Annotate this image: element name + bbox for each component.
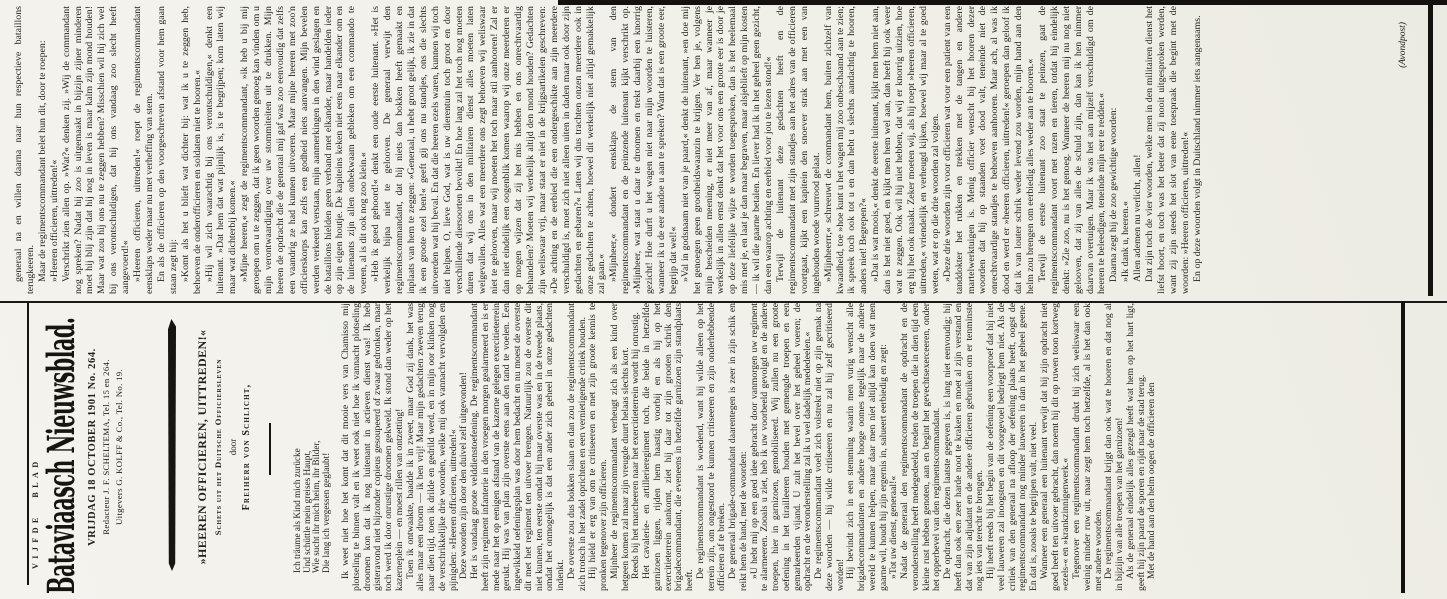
newspaper-scan: VIJFDE BLAD Bataviaasch Nieuwsblad. VRIJ… [0, 0, 1447, 599]
paragraph: Daarna zegt hij de zoo gewichtige woorde… [1108, 6, 1120, 294]
paragraph: De regimentscommandant krijgt dan ook wa… [1104, 303, 1126, 591]
article-subtitle: Schets uit het Duitsche Officiersleven [213, 303, 223, 591]
right-column-body: generaal na en willen daarna naar hun re… [13, 6, 1395, 294]
paragraph: Allen ademen nu verlicht, allen! [1132, 6, 1144, 294]
paragraph: generaal na en willen daarna naar hun re… [13, 6, 37, 294]
newspaper-page: VIJFDE BLAD Bataviaasch Nieuwsblad. VRIJ… [0, 0, 1447, 599]
editor-line: Redacteur J. F. SCHELTEMA, Tel. 15 en 26… [101, 303, 111, 591]
article-headline: »HEEREN OFFICIEREN, UITTREDEN!« [195, 303, 210, 591]
masthead-divider-rule [168, 319, 176, 571]
paragraph: Hij hield er erg van om te critiseeren e… [588, 303, 610, 591]
paragraph: Dat zijn toch de vier woorden, welke men… [1144, 6, 1192, 294]
paragraph: Het cavalerie- en artillerieregiment toc… [642, 303, 696, 591]
paragraph: Nadat de generaal den regimentscommandan… [900, 303, 943, 591]
page-bottom-edge-right [1428, 4, 1433, 296]
paragraph: »Komt als het u blieft wat dichter bij: … [180, 6, 204, 294]
paragraph: »Deze drie woorden zijn voor officieren … [942, 6, 1037, 294]
paragraph: Toen ik ontwaakte, baadde ik in zweet, m… [406, 303, 460, 591]
paragraph: Terwijl de luitenant deze gedachten heef… [775, 6, 823, 294]
paragraph: »U hebt mij op een goed idee gebracht do… [750, 303, 815, 591]
paragraph: Maar de regimentscommandant belet hun di… [37, 6, 49, 294]
epigraph-poem: Ich träume als Kind mich zurückeUnd schü… [293, 313, 332, 573]
page-right-edge-shadow [558, 0, 1447, 5]
publisher-line: Uitgevers G. KOLFF & Co., Tel. No. 19. [114, 303, 124, 591]
source-credit: (Avondpost) [1398, 22, 1408, 294]
paragraph: »Dat is wat moois,« denkt de eerste luit… [870, 6, 941, 294]
epigraph-line: Die lang ich vergessen geglaubt! [322, 313, 332, 573]
paragraph: »Hij wil zich waarachtig bij ons veronts… [204, 6, 240, 294]
paragraph: Tegenover een regimentscommandant drukt … [1072, 303, 1104, 591]
paragraph: De overste zou dus bokken slaan en dan z… [567, 303, 589, 591]
paragraph: Het is vandaag groote velddienstoefening… [470, 303, 567, 591]
paragraph: Hij bevindt zich in een stemming waarin … [846, 303, 889, 591]
paragraph: De generaal brigade-commandant daarenteg… [728, 303, 750, 591]
byline-rule [269, 423, 271, 475]
paragraph: »Val in godsnaam niet van je paard,« den… [680, 6, 775, 294]
paragraph: Mijnheer de regimentscommandant verheugt… [610, 303, 632, 591]
paragraph: De regimentscommandant voelt zich volstr… [814, 303, 846, 591]
paragraph: Wanneer een generaal een luitenant verwi… [1040, 303, 1072, 591]
paragraph: De opdracht, die dezen laatste gegeven i… [943, 303, 986, 591]
paragraph: »Heb ik goed gehoord!« denkt een oude ee… [370, 6, 608, 294]
paragraph: »Mijnheer,« dondert eensklaps de stem va… [608, 6, 679, 294]
paragraph: Ik weet niet hoe het komt dat dit mooie … [341, 303, 406, 591]
masthead-top-rule [27, 301, 29, 585]
paragraph: »Mijnheerrr,« schreeuwt de commandant he… [823, 6, 871, 294]
dateline: VRIJDAG 18 OCTOBER 1901 No. 264. [87, 303, 98, 591]
paragraph: Hij heeft reeds bij het begin van de oef… [986, 303, 1040, 591]
paragraph: »Ik dank u, heeren.« [1120, 6, 1132, 294]
paragraph: De regimentscommandant is woedend, want … [696, 303, 728, 591]
paragraph: »Heeren officieren, uittreden!« [49, 6, 61, 294]
paragraph: En als de officieren op den voorgeschrev… [156, 6, 180, 294]
left-column-body: Ik weet niet hoe het komt dat dit mooie … [341, 303, 1399, 591]
newspaper-title: Bataviaasch Nieuwsblad. [39, 318, 83, 594]
paragraph: Terwijl de eerste luitenant zoo staat te… [1037, 6, 1108, 294]
paragraph: »Mijne heeren,« zegt de regimentscommand… [239, 6, 370, 294]
article-author: Freiherr von Schlicht, [241, 303, 252, 591]
paragraph: »Heeren officieren, uittreden!« roept de… [132, 6, 156, 294]
byline-intro: door [228, 303, 238, 591]
paragraph: Verschrikt zien allen op. »Wat?« denken … [61, 6, 132, 294]
page-bottom-edge-left [1401, 301, 1405, 593]
paragraph: Als de generaal eindelijk alles gezegd h… [1126, 303, 1148, 591]
paragraph: Met de hand aan den helm oogen de offici… [1147, 303, 1158, 591]
column-divider-rule [0, 301, 1447, 303]
paragraph: En op deze woorden volgt in Duitschland … [1192, 6, 1204, 294]
